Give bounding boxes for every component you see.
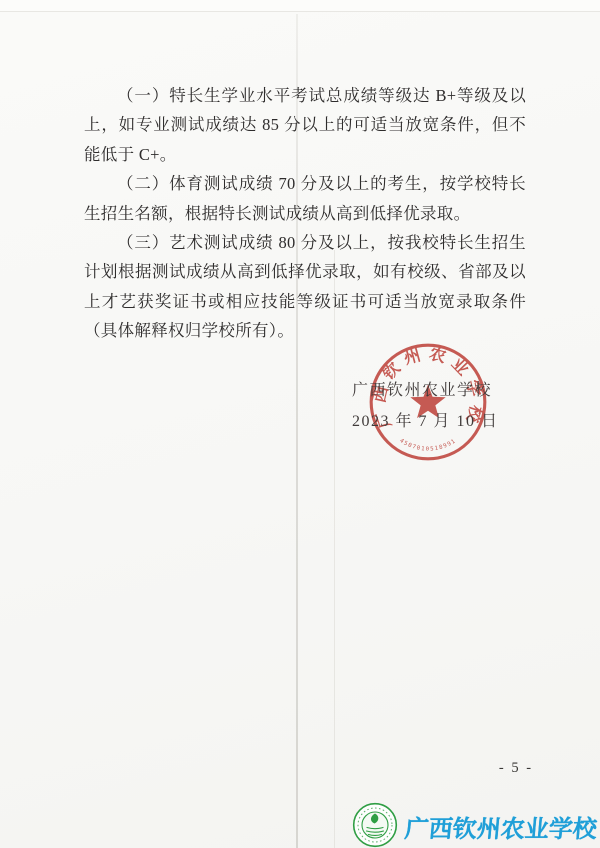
signature-org: 广西钦州农业学校 (352, 376, 499, 407)
school-logo-icon (352, 802, 398, 848)
body-text: （一）特长生学业水平考试总成绩等级达 B+等级及以上，如专业测试成绩达 85 分… (84, 81, 526, 346)
signature-date: 2023 年 7 月 10 日 (352, 407, 499, 438)
page-number: - 5 - (488, 760, 544, 777)
footer-school-name: 广西钦州农业学校 (403, 809, 598, 844)
signature-block: 广西钦州农业学校 2023 年 7 月 10 日 (352, 376, 499, 437)
paragraph-2: （二）体育测试成绩 70 分及以上的考生，按学校特长生招生名额，根据特长测试成绩… (84, 169, 526, 228)
paragraph-1: （一）特长生学业水平考试总成绩等级达 B+等级及以上，如专业测试成绩达 85 分… (84, 81, 526, 169)
footer-brand: 广西钦州农业学校 (352, 802, 597, 848)
scan-edge-top (0, 0, 600, 12)
paragraph-3: （三）艺术测试成绩 80 分及以上，按我校特长生招生计划根据测试成绩从高到低择优… (84, 228, 526, 346)
scanned-page: （一）特长生学业水平考试总成绩等级达 B+等级及以上，如专业测试成绩达 85 分… (0, 0, 600, 848)
seal-code-digits: 4507010518991 (398, 438, 457, 453)
